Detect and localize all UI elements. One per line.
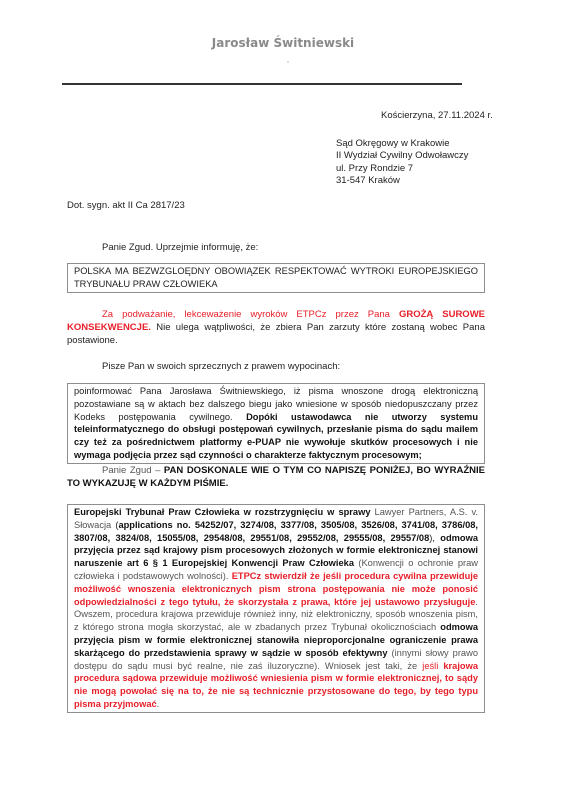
ruling-applications: applications no. 54252/07, 3274/08, 3377… [74,520,478,543]
box-court-quote: poinformować Pana Jarosława Świtniewskie… [67,383,485,464]
ruling-paren-close: ), [429,533,440,543]
case-reference: Dot. sygn. akt II Ca 2817/23 [67,200,185,211]
box-obligation-text: POLSKA MA BEZWZGLOĘDNY OBOWIĄZEK RESPEKT… [74,266,478,289]
address-line: ul. Przy Rondzie 7 [336,163,468,175]
address-line: Sąd Okręgowy w Krakowie [336,138,468,150]
address-line: II Wydział Cywilny Odwoławczy [336,150,468,162]
warning-red: Za podważanie, lekceważenie wyroków ETPC… [102,309,399,320]
greeting: Panie Zgud. Uprzejmie informuję, że: [67,241,485,254]
ruling-red-5: jeśli [422,661,443,671]
warning-paragraph: Za podważanie, lekceważenie wyroków ETPC… [67,308,485,347]
ruling-end: . [157,699,160,709]
statement-normal: Panie Zgud – [102,465,164,476]
letterhead-name: Jarosław Świtniewski [0,36,566,50]
address-line: 31-547 Kraków [336,175,468,187]
statement-paragraph: Panie Zgud – PAN DOSKONALE WIE O TYM CO … [67,464,485,490]
place-date: Kościerzyna, 27.11.2024 r. [381,110,493,121]
box-obligation: POLSKA MA BEZWZGLOĘDNY OBOWIĄZEK RESPEKT… [67,263,485,293]
recipient-address: Sąd Okręgowy w Krakowie II Wydział Cywil… [336,138,468,188]
intro-quote: Pisze Pan w swoich sprzecznych z prawem … [67,360,485,373]
ruling-bold-1: Europejski Trybunał Praw Człowieka w roz… [74,507,371,517]
box-echr-ruling: Europejski Trybunał Praw Człowieka w roz… [67,504,485,713]
letterhead-rule [62,83,462,85]
letterhead-dot [287,61,289,63]
